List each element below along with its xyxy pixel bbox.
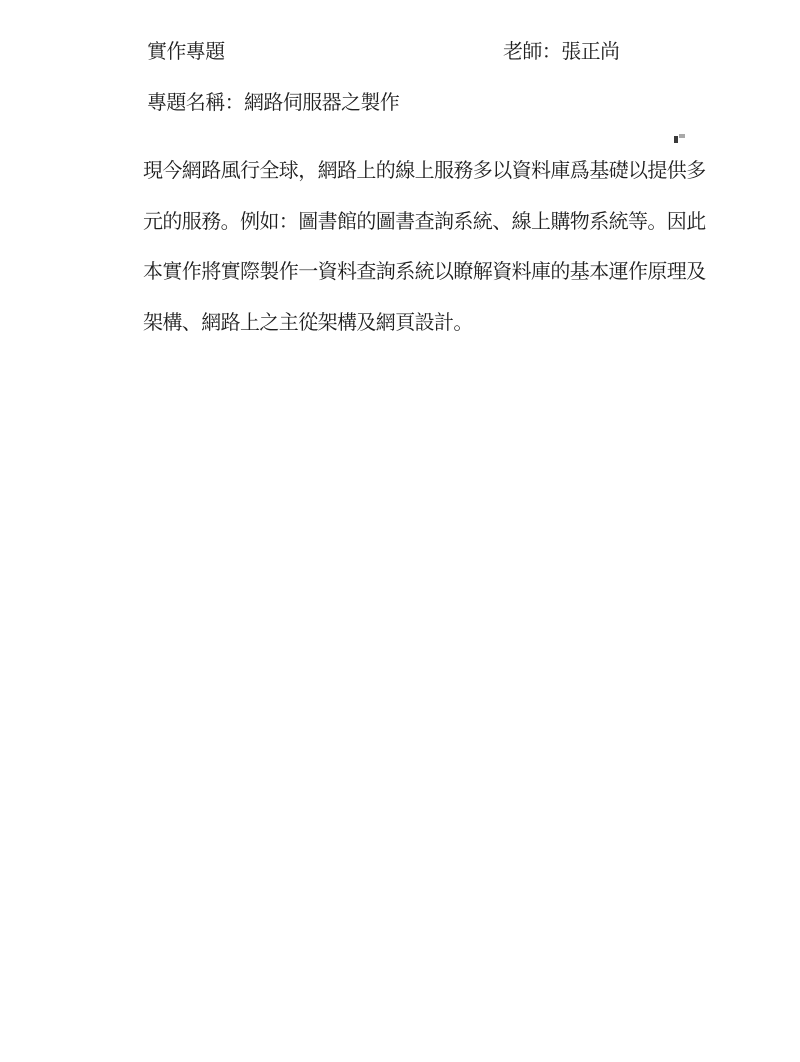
abstract-paragraph: 現今網路風行全球，網路上的線上服務多以資料庫爲基礎以提供多 元的服務。例如：圖書… (143, 145, 718, 347)
paragraph-line-1: 現今網路風行全球，網路上的線上服務多以資料庫爲基礎以提供多 (143, 145, 718, 196)
scan-speck-light-dot (679, 134, 685, 138)
scan-speck-artifact (674, 134, 688, 143)
scan-speck-dark-dot (674, 136, 678, 143)
teacher-name: 老師：張正尚 (503, 41, 619, 61)
document-page: 實作專題 老師：張正尚 專題名稱：網路伺服器之製作 現今網路風行全球，網路上的線… (0, 0, 800, 1062)
paragraph-line-2: 元的服務。例如：圖書館的圖書查詢系統、線上購物系統等。因此 (143, 196, 718, 247)
paragraph-line-4: 架構、網路上之主從架構及網頁設計。 (143, 297, 718, 348)
project-title: 專題名稱：網路伺服器之製作 (147, 92, 399, 112)
paragraph-line-3: 本實作將實際製作一資料查詢系統以瞭解資料庫的基本運作原理及 (143, 246, 718, 297)
course-title: 實作專題 (147, 41, 225, 61)
